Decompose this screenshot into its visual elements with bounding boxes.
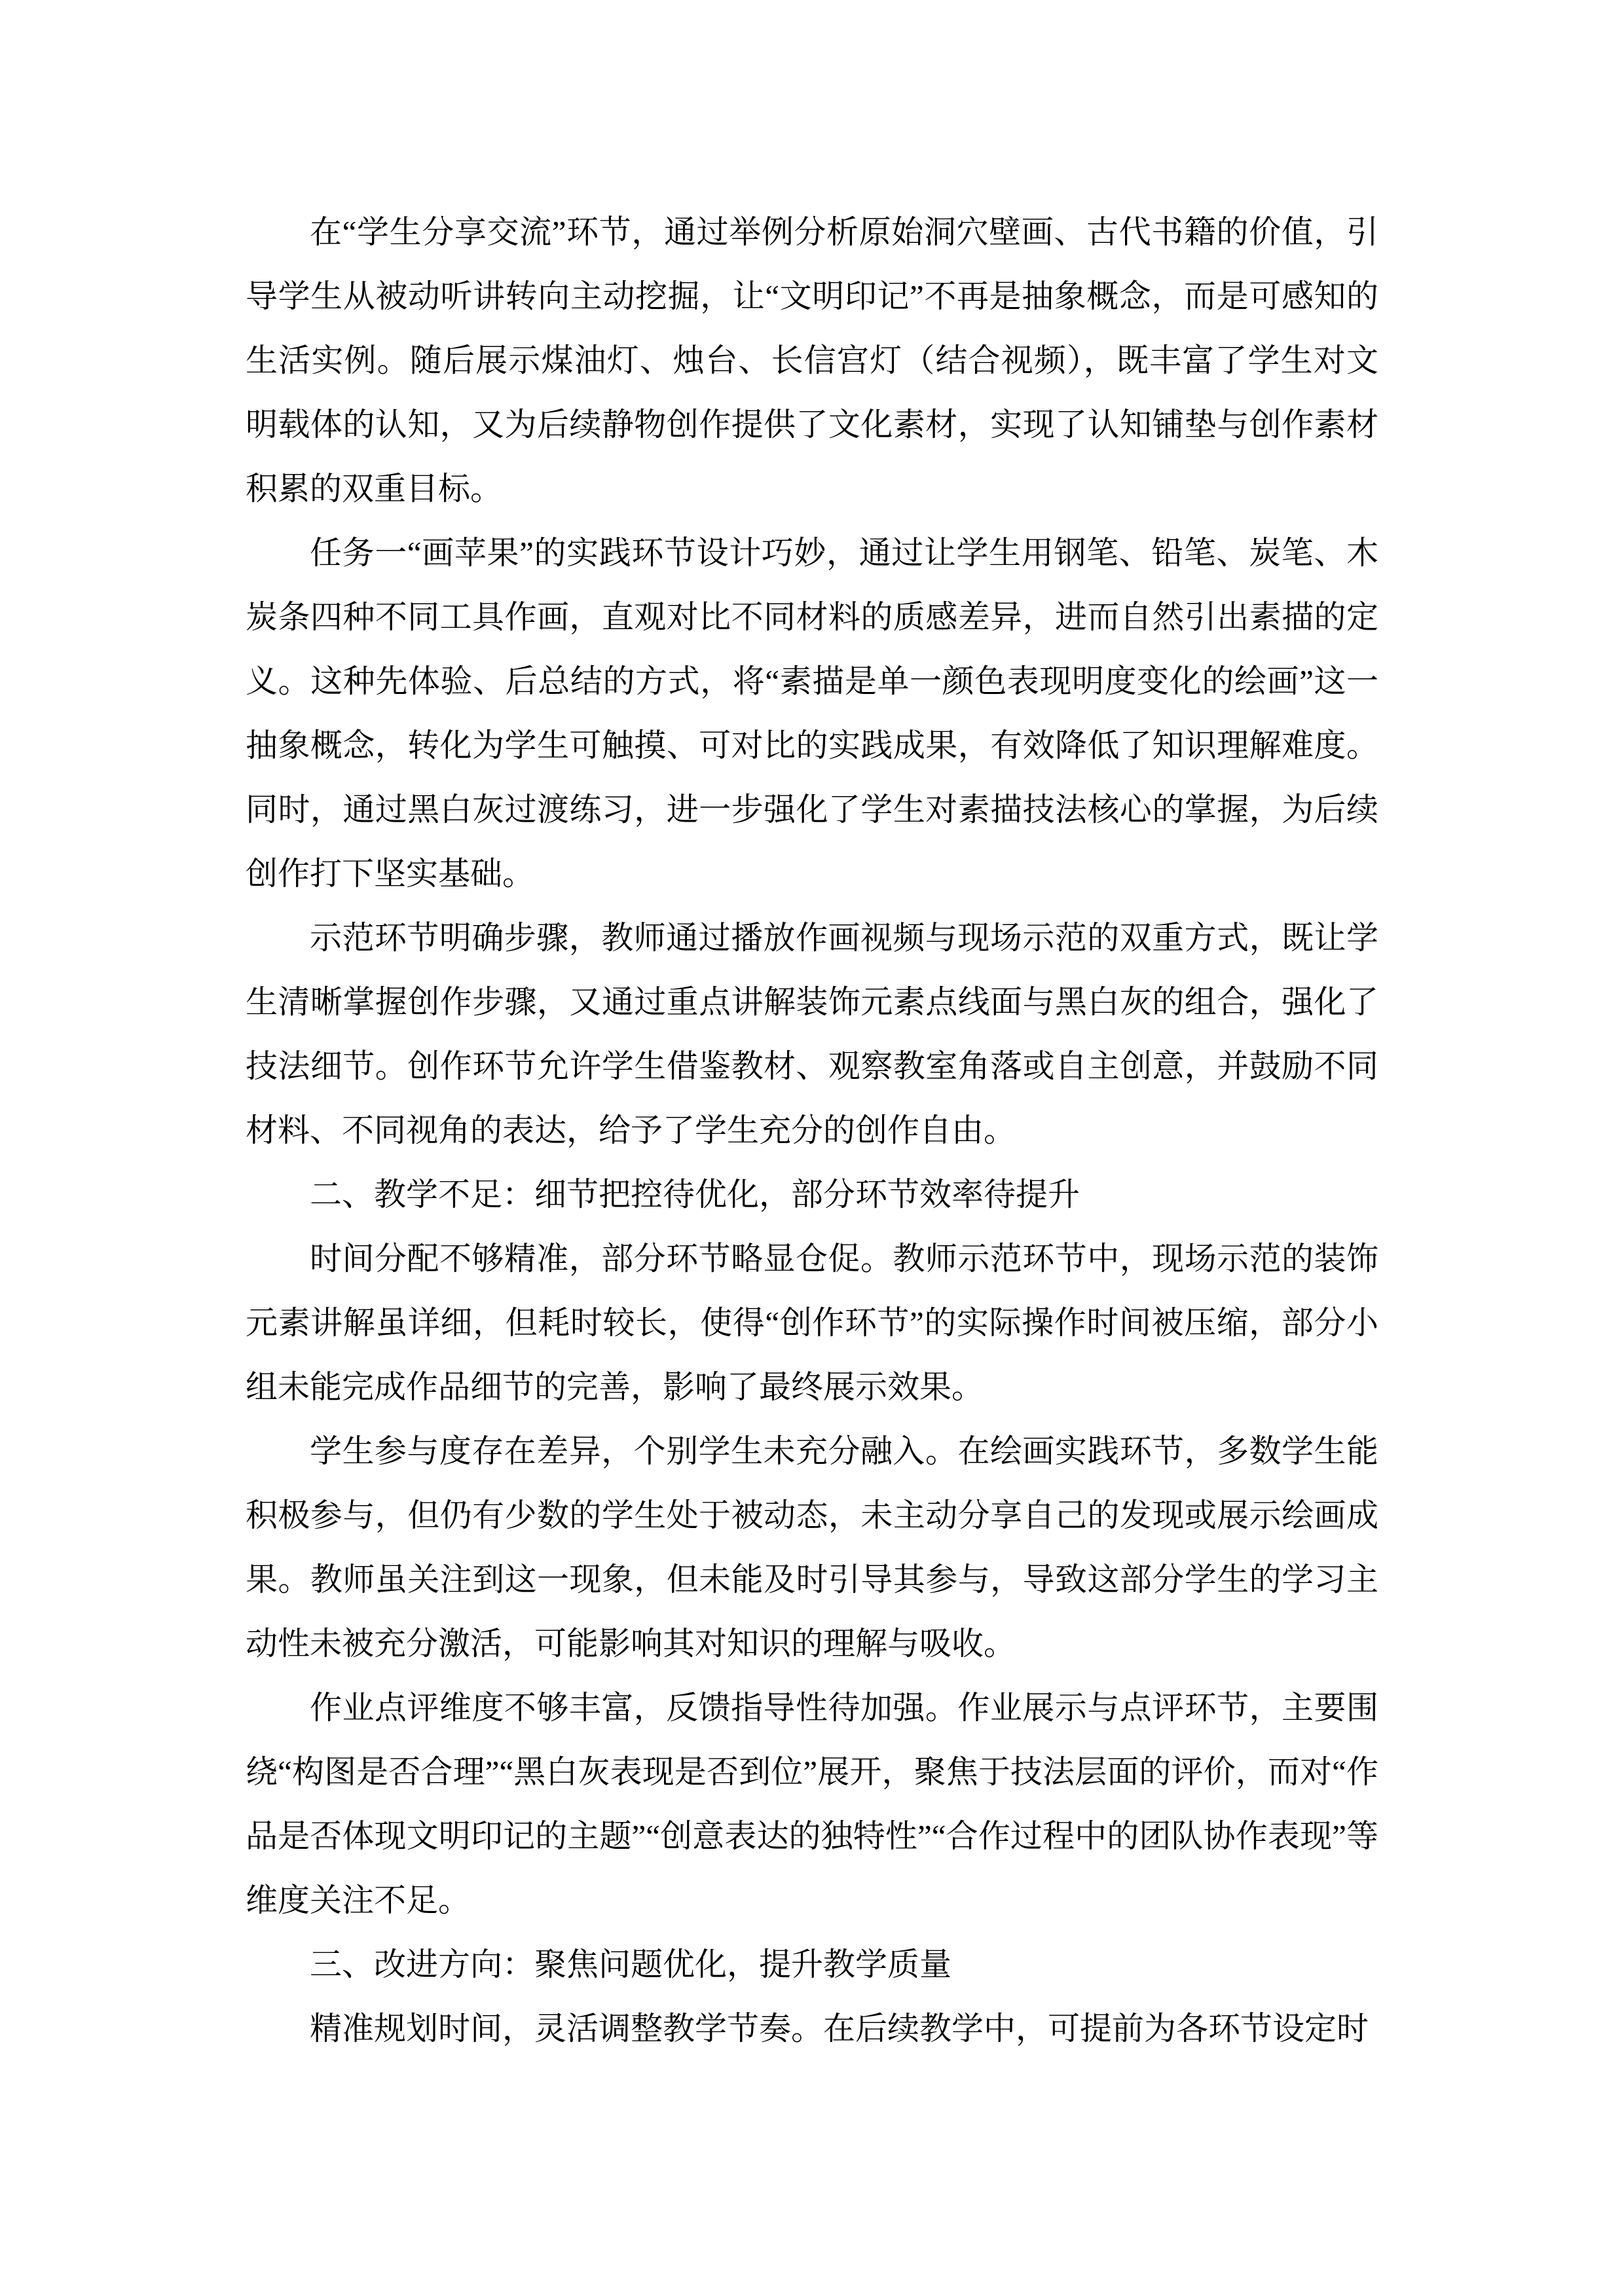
document-text-block: 在“学生分享交流”环节，通过举例分析原始洞穴壁画、古代书籍的价值，引导学生从被动… <box>246 200 1378 2061</box>
section-heading-2: 二、教学不足：细节把控待优化，部分环节效率待提升 <box>246 1163 1378 1227</box>
body-paragraph-1: 在“学生分享交流”环节，通过举例分析原始洞穴壁画、古代书籍的价值，引导学生从被动… <box>246 200 1378 521</box>
body-paragraph-5: 学生参与度存在差异，个别学生未充分融入。在绘画实践环节，多数学生能积极参与，但仍… <box>246 1419 1378 1676</box>
body-paragraph-3: 示范环节明确步骤，教师通过播放作画视频与现场示范的双重方式，既让学生清晰掌握创作… <box>246 906 1378 1163</box>
body-paragraph-6: 作业点评维度不够丰富，反馈指导性待加强。作业展示与点评环节，主要围绕“构图是否合… <box>246 1676 1378 1933</box>
body-paragraph-7: 精准规划时间，灵活调整教学节奏。在后续教学中，可提前为各环节设定时 <box>246 1997 1378 2061</box>
section-heading-3: 三、改进方向：聚焦问题优化，提升教学质量 <box>246 1933 1378 1997</box>
body-paragraph-2: 任务一“画苹果”的实践环节设计巧妙，通过让学生用钢笔、铅笔、炭笔、木炭条四种不同… <box>246 521 1378 906</box>
document-page: 在“学生分享交流”环节，通过举例分析原始洞穴壁画、古代书籍的价值，引导学生从被动… <box>0 0 1624 2296</box>
body-paragraph-4: 时间分配不够精准，部分环节略显仓促。教师示范环节中，现场示范的装饰元素讲解虽详细… <box>246 1227 1378 1419</box>
